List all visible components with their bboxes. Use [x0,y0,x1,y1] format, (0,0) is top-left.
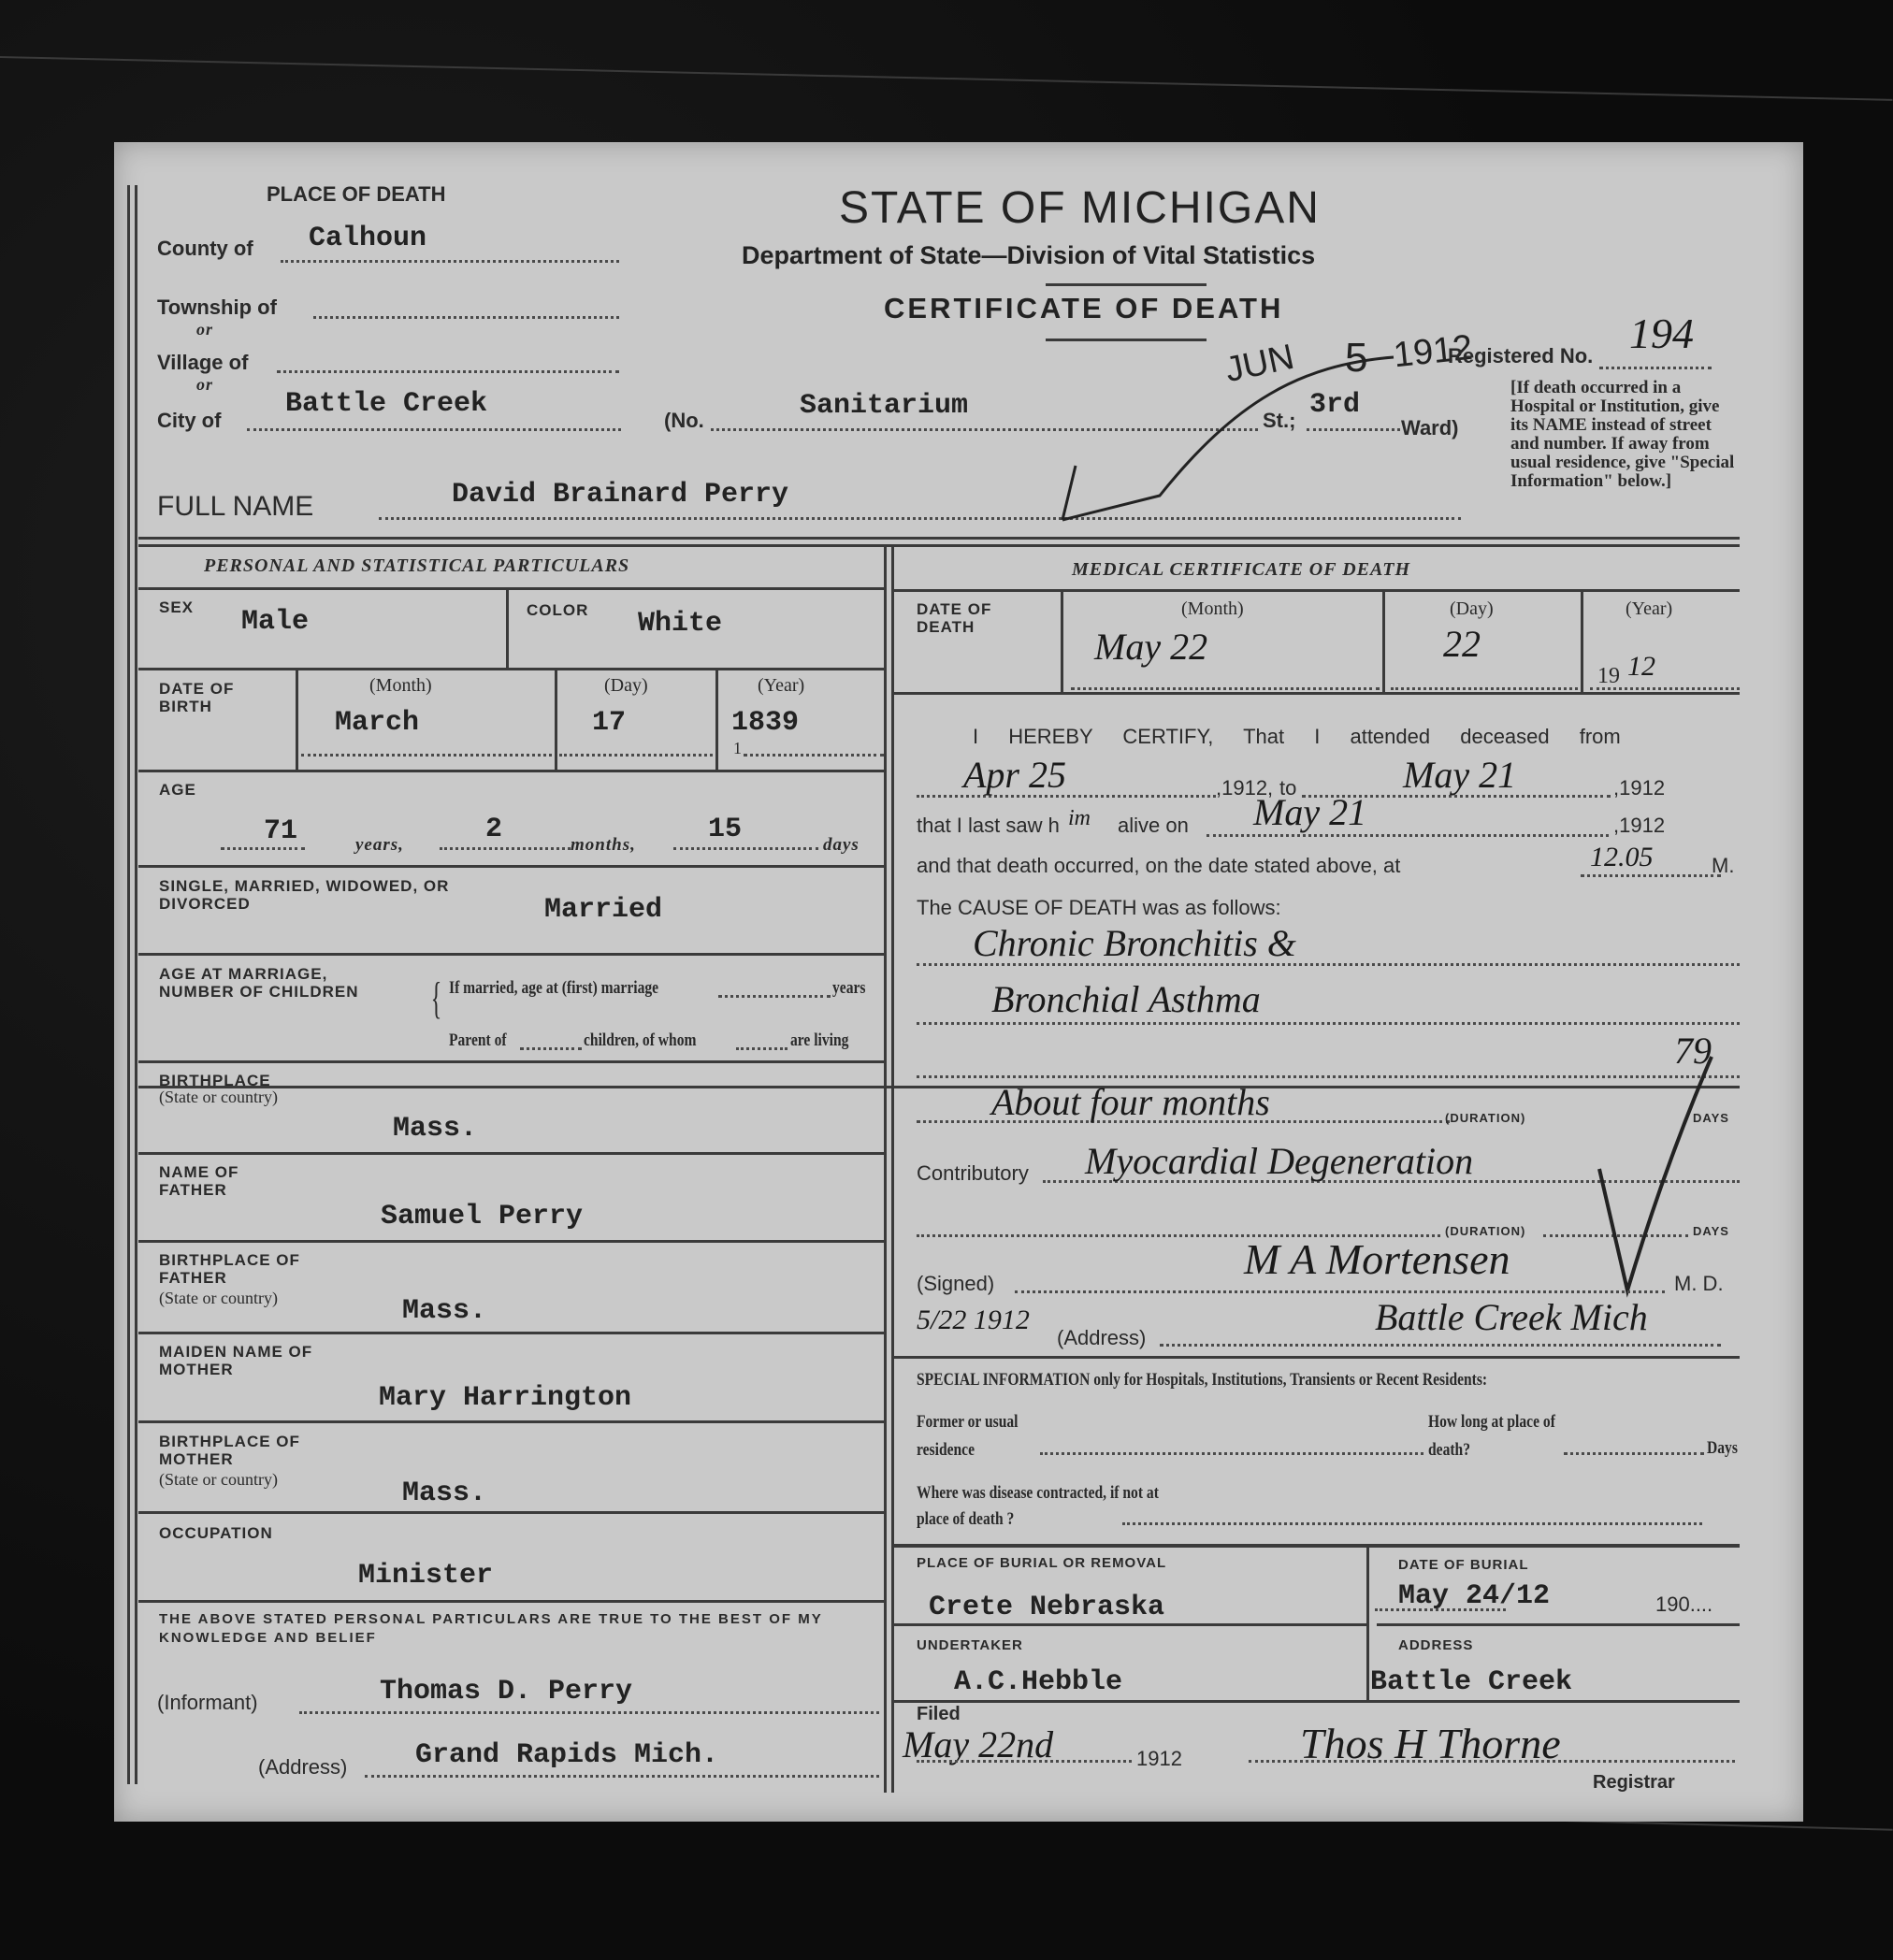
how-long-days-label: Days [1707,1438,1738,1459]
burial-place-value: Crete Nebraska [929,1592,1164,1623]
undertaker-label: UNDERTAKER [917,1636,1023,1654]
dod-year-line [1590,687,1740,690]
dob-day-value: 17 [592,707,626,739]
cause-line-2 [917,1022,1740,1025]
cell-rule [296,670,298,771]
former-residence-line [1040,1452,1423,1455]
column-divider [891,544,894,1793]
color-label: COLOR [527,601,588,619]
check-mark-icon [1048,346,1403,533]
undertaker-value: A.C.Hebble [954,1666,1122,1698]
row-rule [138,1420,884,1423]
row-rule [894,589,1740,592]
city-label: City of [157,409,221,433]
age-months-line [440,847,571,850]
cell-rule [1581,591,1583,692]
months-label: months, [571,835,636,856]
disease-contracted-line [1122,1522,1702,1525]
informant-line [299,1711,879,1714]
birthplace-value: Mass. [393,1113,477,1145]
or-label: or [196,320,213,339]
last-saw-label: that I last saw h [917,814,1060,838]
age-months-value: 2 [485,814,502,845]
informant-label: (Informant) [157,1691,258,1715]
attestation-text: THE ABOVE STATED PERSONAL PARTICULARS AR… [159,1610,870,1648]
sex-value: Male [241,606,309,638]
dod-day-value: 22 [1443,622,1481,666]
dod-day-line [1391,687,1578,690]
row-rule [894,1356,1740,1359]
occupation-label: OCCUPATION [159,1524,273,1542]
column-divider [884,544,887,1793]
informant-address-label: (Address) [258,1755,347,1780]
or-label: or [196,375,213,395]
department-subtitle: Department of State—Division of Vital St… [742,241,1315,270]
dod-month-label: (Month) [1181,598,1244,620]
father-name-value: Samuel Perry [381,1201,583,1232]
contributory-label: Contributory [917,1161,1029,1186]
city-value: Battle Creek [285,388,487,420]
filed-year: 1912 [1136,1747,1182,1771]
cause-line-2-value: Bronchial Asthma [991,977,1261,1021]
occupation-value: Minister [358,1560,493,1592]
dod-day-label: (Day) [1450,598,1494,620]
certificate-title: CERTIFICATE OF DEATH [884,292,1283,325]
age-at-marriage-label: AGE AT MARRIAGE, NUMBER OF CHILDREN [159,965,393,1001]
contributory-value: Myocardial Degeneration [1085,1139,1473,1183]
alive-on-label: alive on [1118,814,1189,838]
row-rule [894,692,1740,695]
registered-no-label: Registered No. [1448,344,1593,368]
cell-rule [506,589,509,669]
hospital-instruction-note: [If death occurred in a Hospital or Inst… [1510,379,1740,491]
row-rule [138,1600,884,1603]
color-value: White [638,608,722,640]
county-field-line [281,260,619,263]
marital-status-label: SINGLE, MARRIED, WIDOWED, OR DIVORCED [159,877,477,913]
physician-address-label: (Address) [1057,1326,1146,1350]
village-field-line [277,370,619,373]
last-saw-year: ,1912 [1613,814,1665,838]
father-name-label: NAME OF FATHER [159,1163,290,1199]
children-count-line [520,1047,582,1050]
age-days-value: 15 [708,814,742,845]
attended-to-year: ,1912 [1613,776,1665,800]
physician-signature: M A Mortensen [1244,1234,1510,1284]
sex-label: SEX [159,598,194,616]
dob-day-label: (Day) [604,675,648,697]
death-time-value: 12.05 [1590,842,1654,873]
city-field-line [247,428,621,431]
cause-line-1-value: Chronic Bronchitis & [973,921,1296,965]
state-title: STATE OF MICHIGAN [839,182,1321,234]
dob-month-label: (Month) [369,675,432,697]
place-of-death-heading: PLACE OF DEATH [267,182,445,207]
md-label: M. D. [1674,1272,1724,1296]
county-value: Calhoun [309,223,426,254]
left-border-line [127,185,130,1784]
father-birthplace-value: Mass. [402,1295,486,1327]
row-rule [138,865,884,868]
age-days-line [673,847,818,850]
father-birthplace-hint: (State or country) [159,1289,278,1308]
signed-line [1015,1290,1665,1293]
cell-rule [1382,591,1385,692]
informant-address-line [365,1775,879,1778]
informant-value: Thomas D. Perry [380,1676,632,1708]
dod-year-suffix: 12 [1627,651,1655,683]
former-residence-label: Former or usual residence [917,1408,1055,1464]
dob-month-value: March [335,707,419,739]
physician-address-line [1160,1344,1721,1347]
burial-date-value: May 24/12 [1398,1580,1550,1612]
street-no-label: (No. [664,409,704,433]
burial-date-label: DATE OF BURIAL [1398,1556,1529,1574]
marriage-age-line [718,995,831,998]
certify-text: I HEREBY CERTIFY, That I attended deceas… [973,725,1621,749]
birthplace-hint: (State or country) [159,1088,278,1107]
cell-rule [715,670,718,771]
duration-label: (DURATION) [1445,1109,1525,1127]
physician-address-value: Battle Creek Mich [1375,1295,1648,1339]
burial-date-year-suffix: 190.... [1655,1592,1712,1617]
brace-icon: { [431,973,442,1024]
dob-year-value: 1839 [731,707,799,739]
m-label: M. [1712,854,1734,878]
signed-label: (Signed) [917,1272,994,1296]
row-rule [138,1332,884,1334]
date-of-death-label: DATE OF DEATH [917,600,1029,636]
ward-label: Ward) [1401,416,1459,440]
days-label: days [823,835,860,856]
registered-no-value: 194 [1629,309,1694,358]
row-rule [138,1060,884,1063]
full-name-value: David Brainard Perry [452,479,788,511]
attended-from-line [917,795,1216,798]
registrar-signature: Thos H Thorne [1300,1719,1561,1768]
date-of-birth-label: DATE OF BIRTH [159,680,271,715]
burial-date-line [1375,1608,1506,1611]
father-birthplace-label: BIRTHPLACE OF FATHER [159,1251,309,1287]
burial-place-label: PLACE OF BURIAL OR REMOVAL [917,1554,1166,1572]
row-rule [894,1623,1366,1626]
row-rule [138,1240,884,1243]
are-living-label: are living [790,1030,848,1051]
parent-of-label: Parent of [449,1030,507,1051]
row-rule [138,668,884,670]
how-long-label: How long at place of death? [1428,1408,1582,1464]
death-time-label: and that death occurred, on the date sta… [917,854,1400,878]
children-living-line [736,1047,788,1050]
row-rule [138,1152,884,1155]
cause-of-death-label: The CAUSE OF DEATH was as follows: [917,896,1281,920]
children-of-whom-label: children, of whom [584,1030,696,1051]
dod-month-line [1071,687,1380,690]
cell-rule [1366,1548,1369,1702]
dob-month-line [301,754,552,757]
personal-section-heading: PERSONAL AND STATISTICAL PARTICULARS [204,555,629,577]
mother-birthplace-label: BIRTHPLACE OF MOTHER [159,1433,309,1468]
dob-year-line [744,754,884,757]
registered-no-line [1599,367,1712,369]
dob-day-line [559,754,713,757]
mother-birthplace-hint: (State or country) [159,1470,278,1490]
stray-film-line [138,1086,1740,1088]
full-name-label: FULL NAME [157,491,313,523]
special-info-heading: SPECIAL INFORMATION only for Hospitals, … [917,1370,1487,1391]
signed-date: 5/22 1912 [917,1304,1030,1336]
mother-maiden-name-value: Mary Harrington [379,1382,631,1414]
title-rule [1046,339,1207,341]
attended-to-value: May 21 [1403,753,1516,797]
last-saw-line [1207,834,1609,837]
undertaker-address-label: ADDRESS [1398,1636,1473,1654]
death-time-line [1581,874,1721,877]
marriage-years-label: years [832,978,865,999]
village-label: Village of [157,351,248,375]
informant-address-value: Grand Rapids Mich. [415,1739,718,1771]
undertaker-address-value: Battle Creek [1370,1666,1572,1698]
last-saw-date: May 21 [1253,790,1366,834]
dod-month-value: May 22 [1094,625,1207,669]
cell-rule [1061,591,1063,692]
row-rule [138,587,884,590]
title-rule [1046,283,1207,286]
row-rule [894,1544,1740,1548]
mother-maiden-name-label: MAIDEN NAME OF MOTHER [159,1343,327,1378]
dod-year-prefix: 19 [1597,664,1620,689]
row-rule [138,1511,884,1514]
last-saw-pronoun: im [1068,806,1091,831]
county-label: County of [157,237,253,261]
duration-value: About four months [991,1080,1270,1124]
dod-year-label: (Year) [1626,598,1672,620]
registrar-label: Registrar [1593,1772,1675,1794]
dob-year-label: (Year) [758,675,804,697]
section-divider [138,537,1740,540]
cell-rule [555,670,557,771]
street-value: Sanitarium [800,390,968,422]
marriage-age-text: If married, age at (first) marriage [449,978,658,999]
row-rule [138,770,884,772]
township-label: Township of [157,295,277,320]
mother-birthplace-value: Mass. [402,1477,486,1509]
marital-status-value: Married [544,894,662,926]
large-check-mark-icon [1590,1047,1721,1309]
township-field-line [313,316,619,319]
years-label: years, [355,835,404,856]
age-years-value: 71 [264,815,297,847]
row-rule [1377,1623,1740,1626]
dob-year-mark: 1 [733,739,742,758]
age-label: AGE [159,781,196,799]
medical-section-heading: MEDICAL CERTIFICATE OF DEATH [1072,559,1410,581]
row-rule [138,953,884,956]
row-rule [894,1700,1740,1703]
attended-from-value: Apr 25 [963,753,1066,797]
section-divider [138,544,1740,547]
left-border-line [135,185,137,1784]
filed-date-line [917,1760,1132,1763]
how-long-line [1564,1452,1704,1455]
age-years-line [221,847,305,850]
